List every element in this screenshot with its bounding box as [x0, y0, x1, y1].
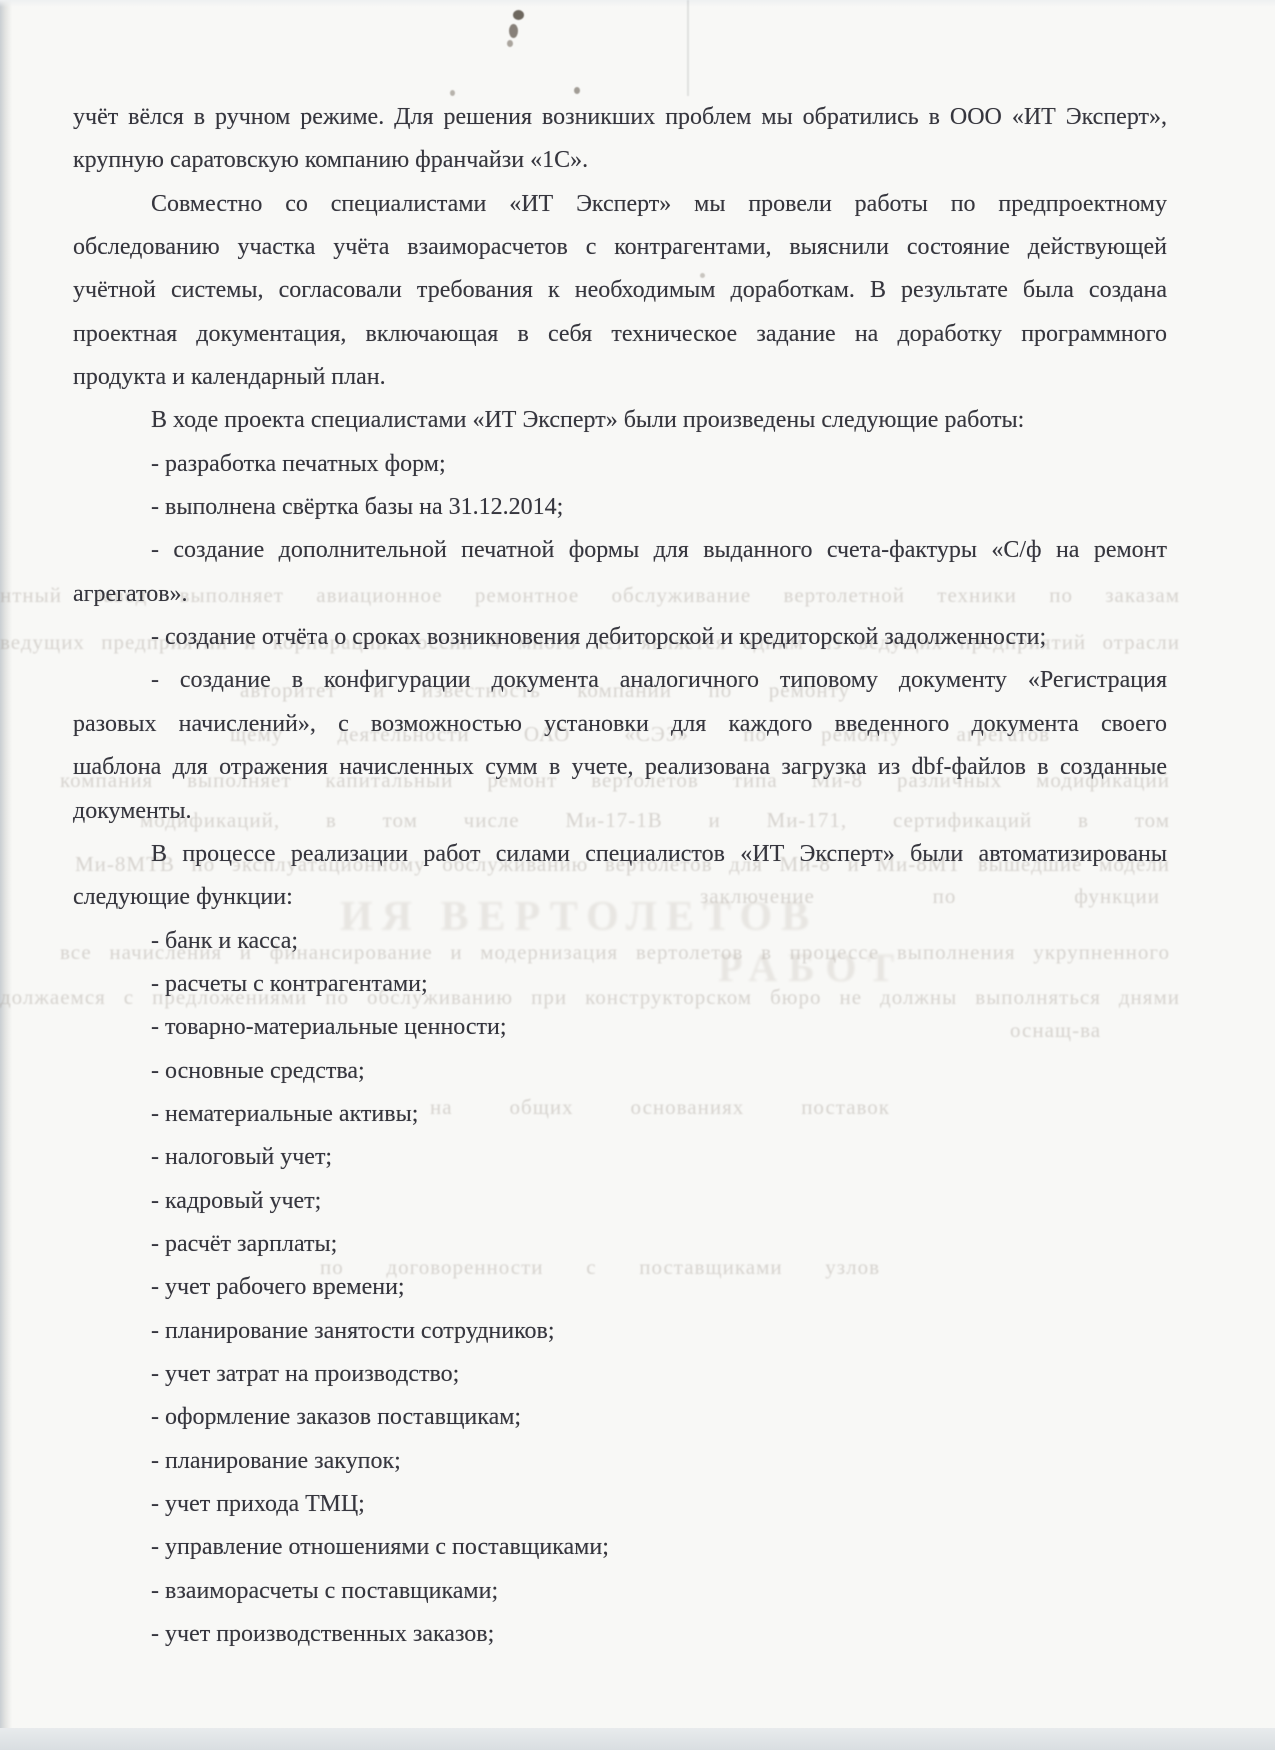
- list-item-line: - управление отношениями с поставщиками;: [73, 1526, 1167, 1569]
- list-item-line: документы.: [73, 790, 1167, 833]
- document-text: учёт вёлся в ручном режиме. Для решения …: [73, 96, 1167, 1656]
- list-item-line: - учет производственных заказов;: [73, 1613, 1167, 1656]
- list-item-line: - налоговый учет;: [73, 1136, 1167, 1179]
- ink-speck: [509, 24, 518, 38]
- list-item-line: - учет затрат на производство;: [73, 1353, 1167, 1396]
- text-line: следующие функции:: [73, 876, 1167, 919]
- list-item-line: - расчеты с контрагентами;: [73, 963, 1167, 1006]
- ink-speck: [450, 90, 455, 96]
- ink-speck: [574, 87, 580, 94]
- list-item-line: - выполнена свёртка базы на 31.12.2014;: [73, 486, 1167, 529]
- list-item-line: разовых начислений», с возможностью уста…: [73, 703, 1167, 746]
- text-line: учётной системы, согласовали требования …: [73, 269, 1167, 312]
- list-item-line: - основные средства;: [73, 1050, 1167, 1093]
- text-line: В процессе реализации работ силами специ…: [73, 833, 1167, 876]
- list-item-line: шаблона для отражения начисленных сумм в…: [73, 746, 1167, 789]
- list-item-line: - создание дополнительной печатной формы…: [73, 529, 1167, 572]
- list-item-line: - банк и касса;: [73, 920, 1167, 963]
- list-item-line: - создание отчёта о сроках возникновения…: [73, 616, 1167, 659]
- list-item-line: - кадровый учет;: [73, 1180, 1167, 1223]
- scanned-document-page: нтный завод выполняет авиационное ремонт…: [0, 0, 1275, 1750]
- list-item-line: - товарно-материальные ценности;: [73, 1006, 1167, 1049]
- text-line: учёт вёлся в ручном режиме. Для решения …: [73, 96, 1167, 139]
- list-item-line: - разработка печатных форм;: [73, 443, 1167, 486]
- list-item-line: - расчёт зарплаты;: [73, 1223, 1167, 1266]
- text-line: проектная документация, включающая в себ…: [73, 313, 1167, 356]
- ink-speck: [700, 273, 705, 278]
- list-item-line: - взаиморасчеты с поставщиками;: [73, 1570, 1167, 1613]
- text-line: обследованию участка учёта взаиморасчето…: [73, 226, 1167, 269]
- ink-speck: [513, 10, 524, 20]
- text-line: крупную саратовскую компанию франчайзи «…: [73, 139, 1167, 182]
- list-item-line: - нематериальные активы;: [73, 1093, 1167, 1136]
- ink-speck: [507, 40, 513, 47]
- text-line: В ходе проекта специалистами «ИТ Эксперт…: [73, 399, 1167, 442]
- list-item-line: - учет прихода ТМЦ;: [73, 1483, 1167, 1526]
- list-item-line: - планирование закупок;: [73, 1440, 1167, 1483]
- list-item-line: - оформление заказов поставщикам;: [73, 1396, 1167, 1439]
- list-item-line: агрегатов».: [73, 573, 1167, 616]
- text-line: Совместно со специалистами «ИТ Эксперт» …: [73, 183, 1167, 226]
- list-item-line: - планирование занятости сотрудников;: [73, 1310, 1167, 1353]
- text-line: продукта и календарный план.: [73, 356, 1167, 399]
- list-item-line: - учет рабочего времени;: [73, 1266, 1167, 1309]
- list-item-line: - создание в конфигурации документа анал…: [73, 659, 1167, 702]
